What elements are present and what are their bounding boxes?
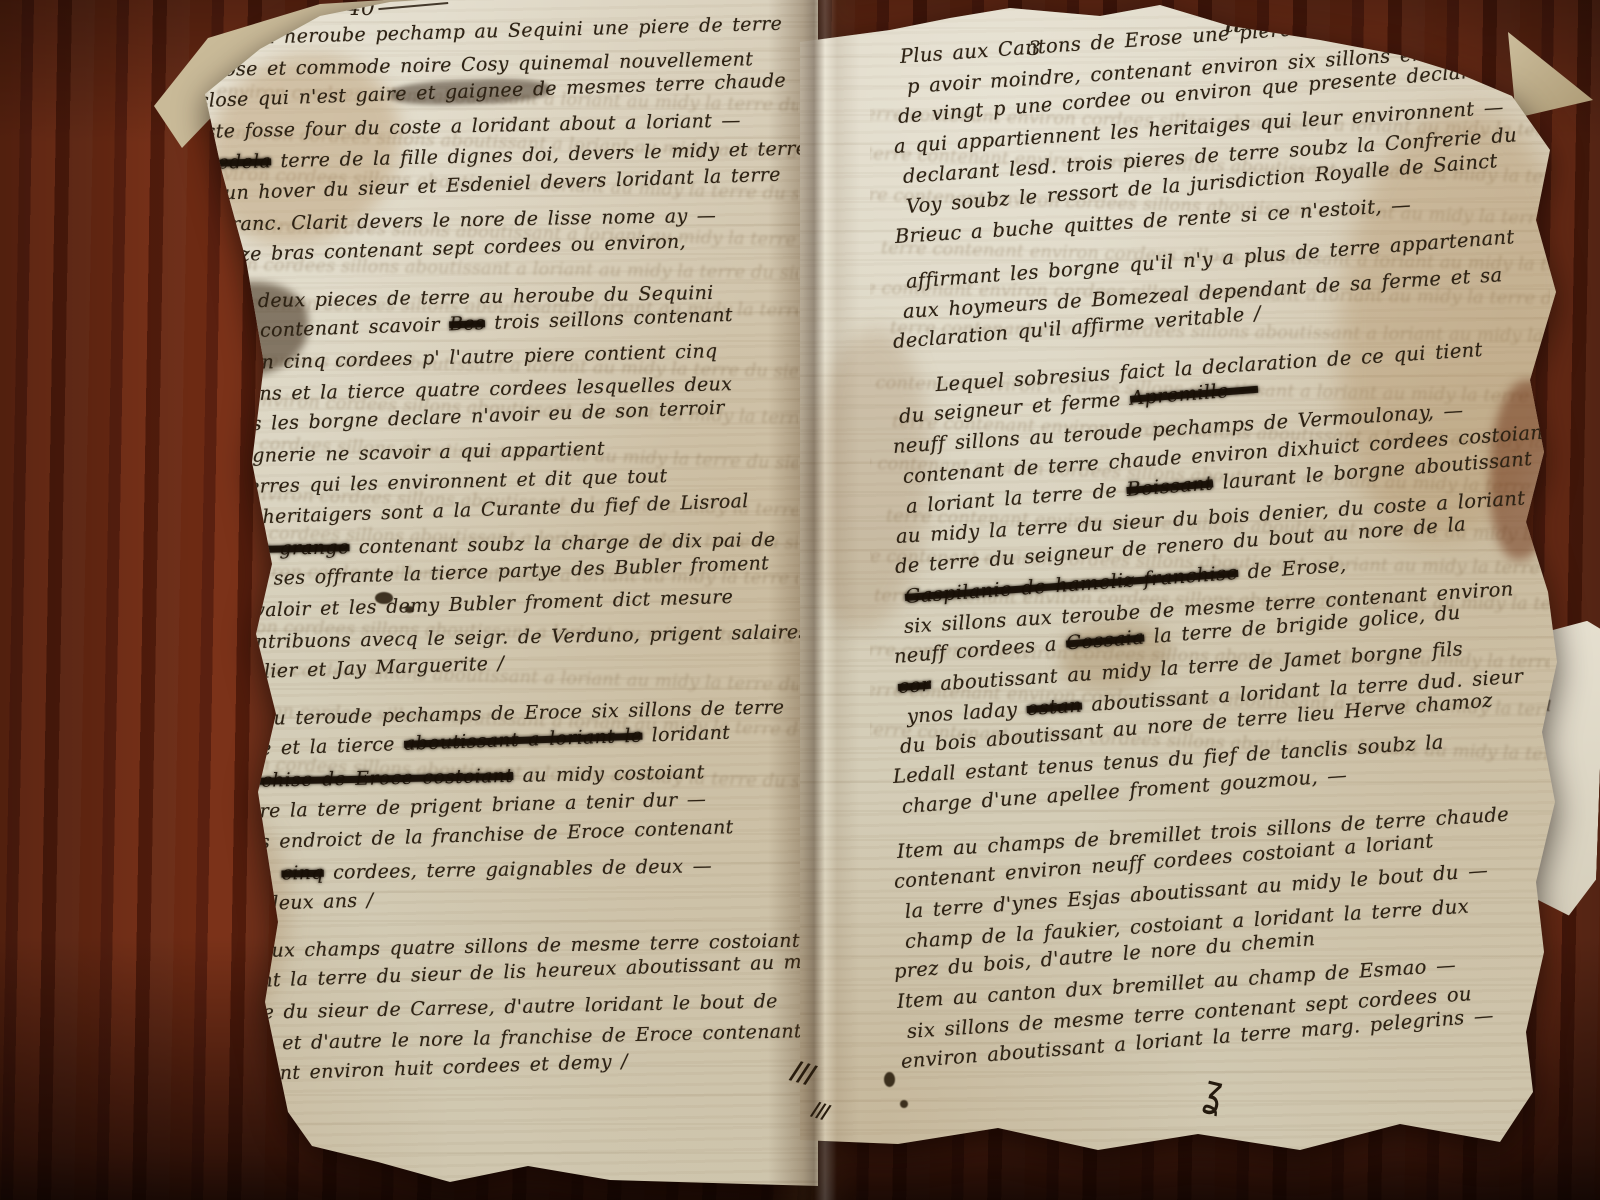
- struck-text: Apremille —: [1129, 377, 1259, 410]
- struck-text: aboutissant a loriant le: [404, 725, 643, 755]
- handwriting-text: loridant: [642, 722, 730, 747]
- struck-text: ostan: [1026, 694, 1083, 721]
- left-page-text: plus au heroube pechamp au Sequini une p…: [200, 24, 818, 1092]
- struck-text: Redela: [203, 150, 272, 174]
- struck-text: la franchise de Eroce costoiant: [193, 765, 514, 793]
- handwriting-text: contenant environ huit cordees et demy /: [201, 1050, 629, 1087]
- right-page-text: Plus aux Cantons de Erose une piere de t…: [900, 42, 1560, 1077]
- handwriting-text: Bezas contenant scavoir: [193, 313, 450, 344]
- handwriting-text: chaude et la tierce: [200, 733, 405, 762]
- struck-text: Boissant: [1126, 471, 1214, 501]
- handwriting-text: environ: [197, 863, 282, 886]
- handwriting-text: due golier et Jay Marguerite /: [193, 652, 504, 685]
- ink-blot: [884, 1072, 895, 1087]
- handwriting-text: de Erose,: [1238, 553, 1348, 584]
- stain: [145, 1004, 255, 1114]
- ink-blot: [900, 1100, 908, 1108]
- handwriting-text: ans et deux ans /: [194, 889, 374, 917]
- struck-text: cor: [897, 673, 931, 698]
- handwriting-text: trois seillons contenant: [485, 304, 733, 334]
- open-bifolium: terre contenant environ cordees sillons …: [0, 0, 1600, 1200]
- handwriting-text: au midy costoiant: [513, 761, 705, 787]
- struck-text: soub la grange: [196, 536, 350, 561]
- manuscript-left-page: terre contenant environ cordees sillons …: [50, 0, 818, 1186]
- struck-text: cinq: [281, 862, 324, 885]
- struck-text: Cossaia: [1065, 626, 1145, 655]
- struck-text: Bes: [449, 312, 486, 335]
- manuscript-right-page: terre contenant environ cordees sillons …: [800, 0, 1580, 1188]
- manuscript-photo: milH terre contenant environ cordees sil…: [0, 0, 1600, 1200]
